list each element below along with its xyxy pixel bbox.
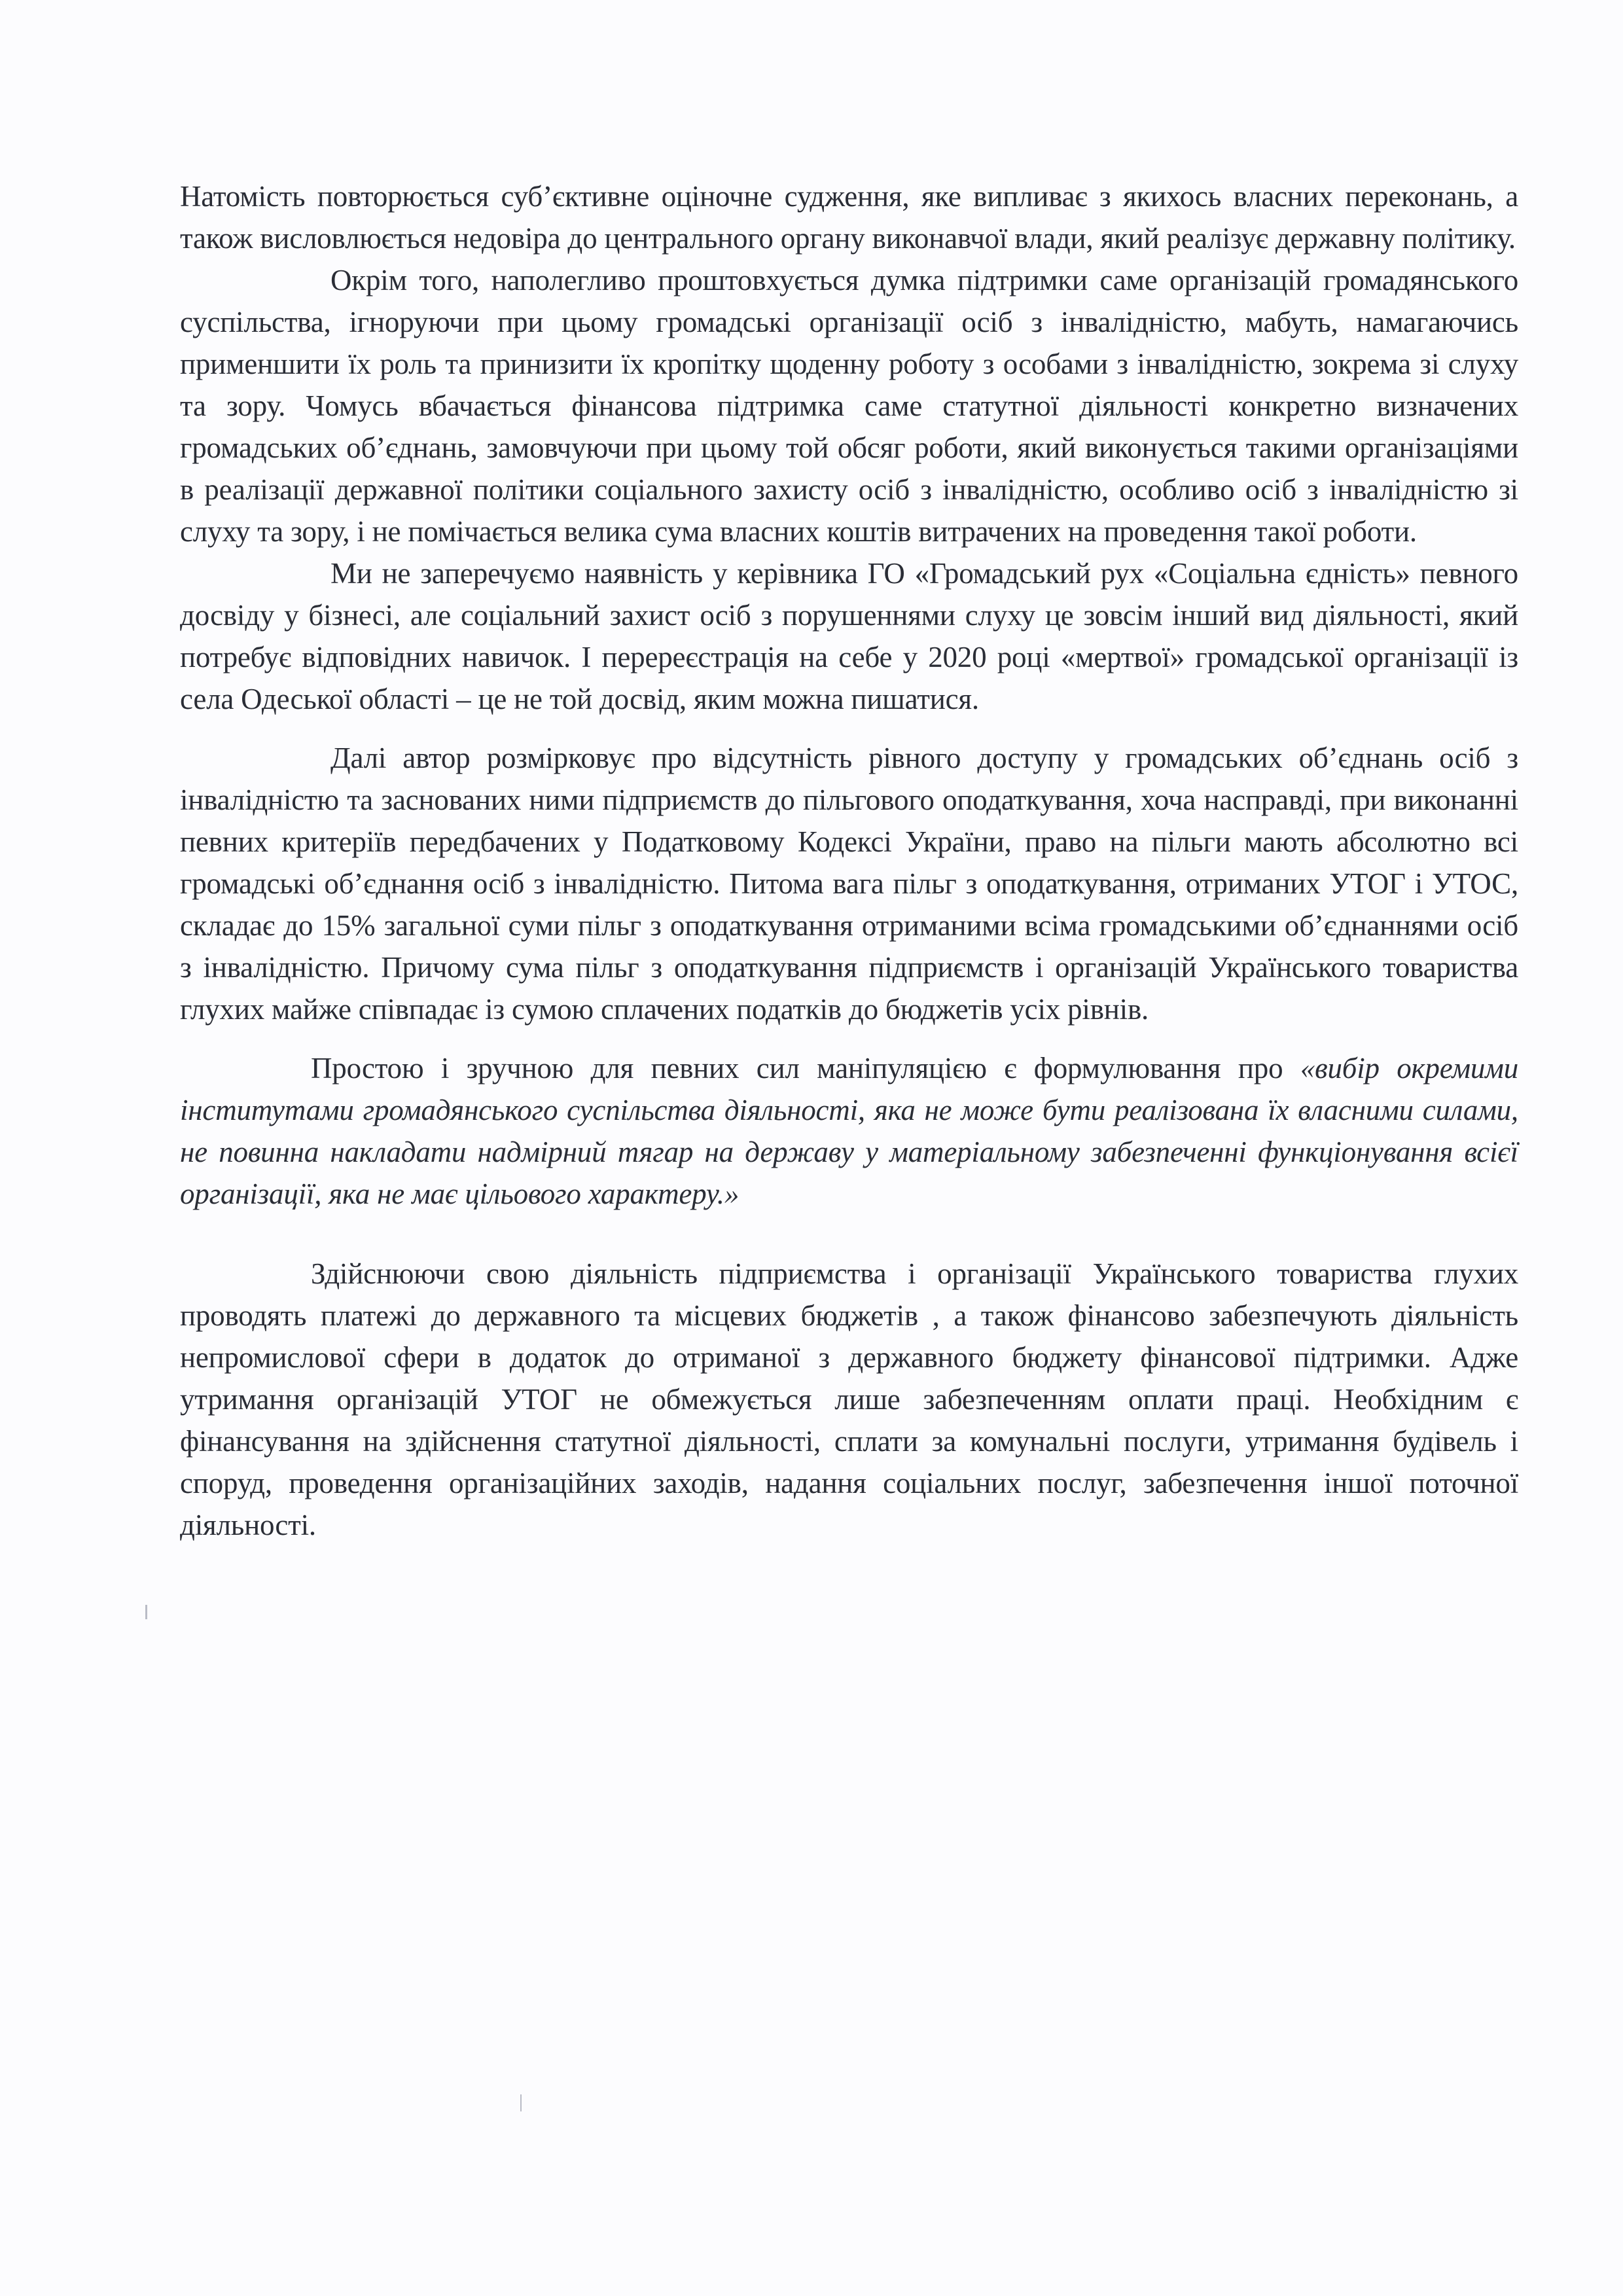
paragraph-tax-benefits: Далі автор розмірковує про відсутність р…: [180, 737, 1518, 1030]
scan-artifact-mark: [145, 1605, 147, 1619]
paragraph-manipulation-quote: Простою і зручною для певних сил маніпул…: [180, 1047, 1518, 1215]
paragraph-distrust: Натомість повторюється суб’єктивне оціно…: [180, 175, 1518, 259]
paragraph-business-experience: Ми не заперечуємо наявність у керівника …: [180, 552, 1518, 720]
quote-lead-text: Простою і зручною для певних сил маніпул…: [311, 1052, 1300, 1085]
paragraph-civil-society-support: Окрім того, наполегливо проштовхується д…: [180, 259, 1518, 552]
paragraph-utog-payments: Здійснюючи свою діяльність підприємства …: [180, 1253, 1518, 1546]
scan-artifact-mark: [520, 2094, 522, 2111]
document-page: Натомість повторюється суб’єктивне оціно…: [180, 175, 1518, 1546]
